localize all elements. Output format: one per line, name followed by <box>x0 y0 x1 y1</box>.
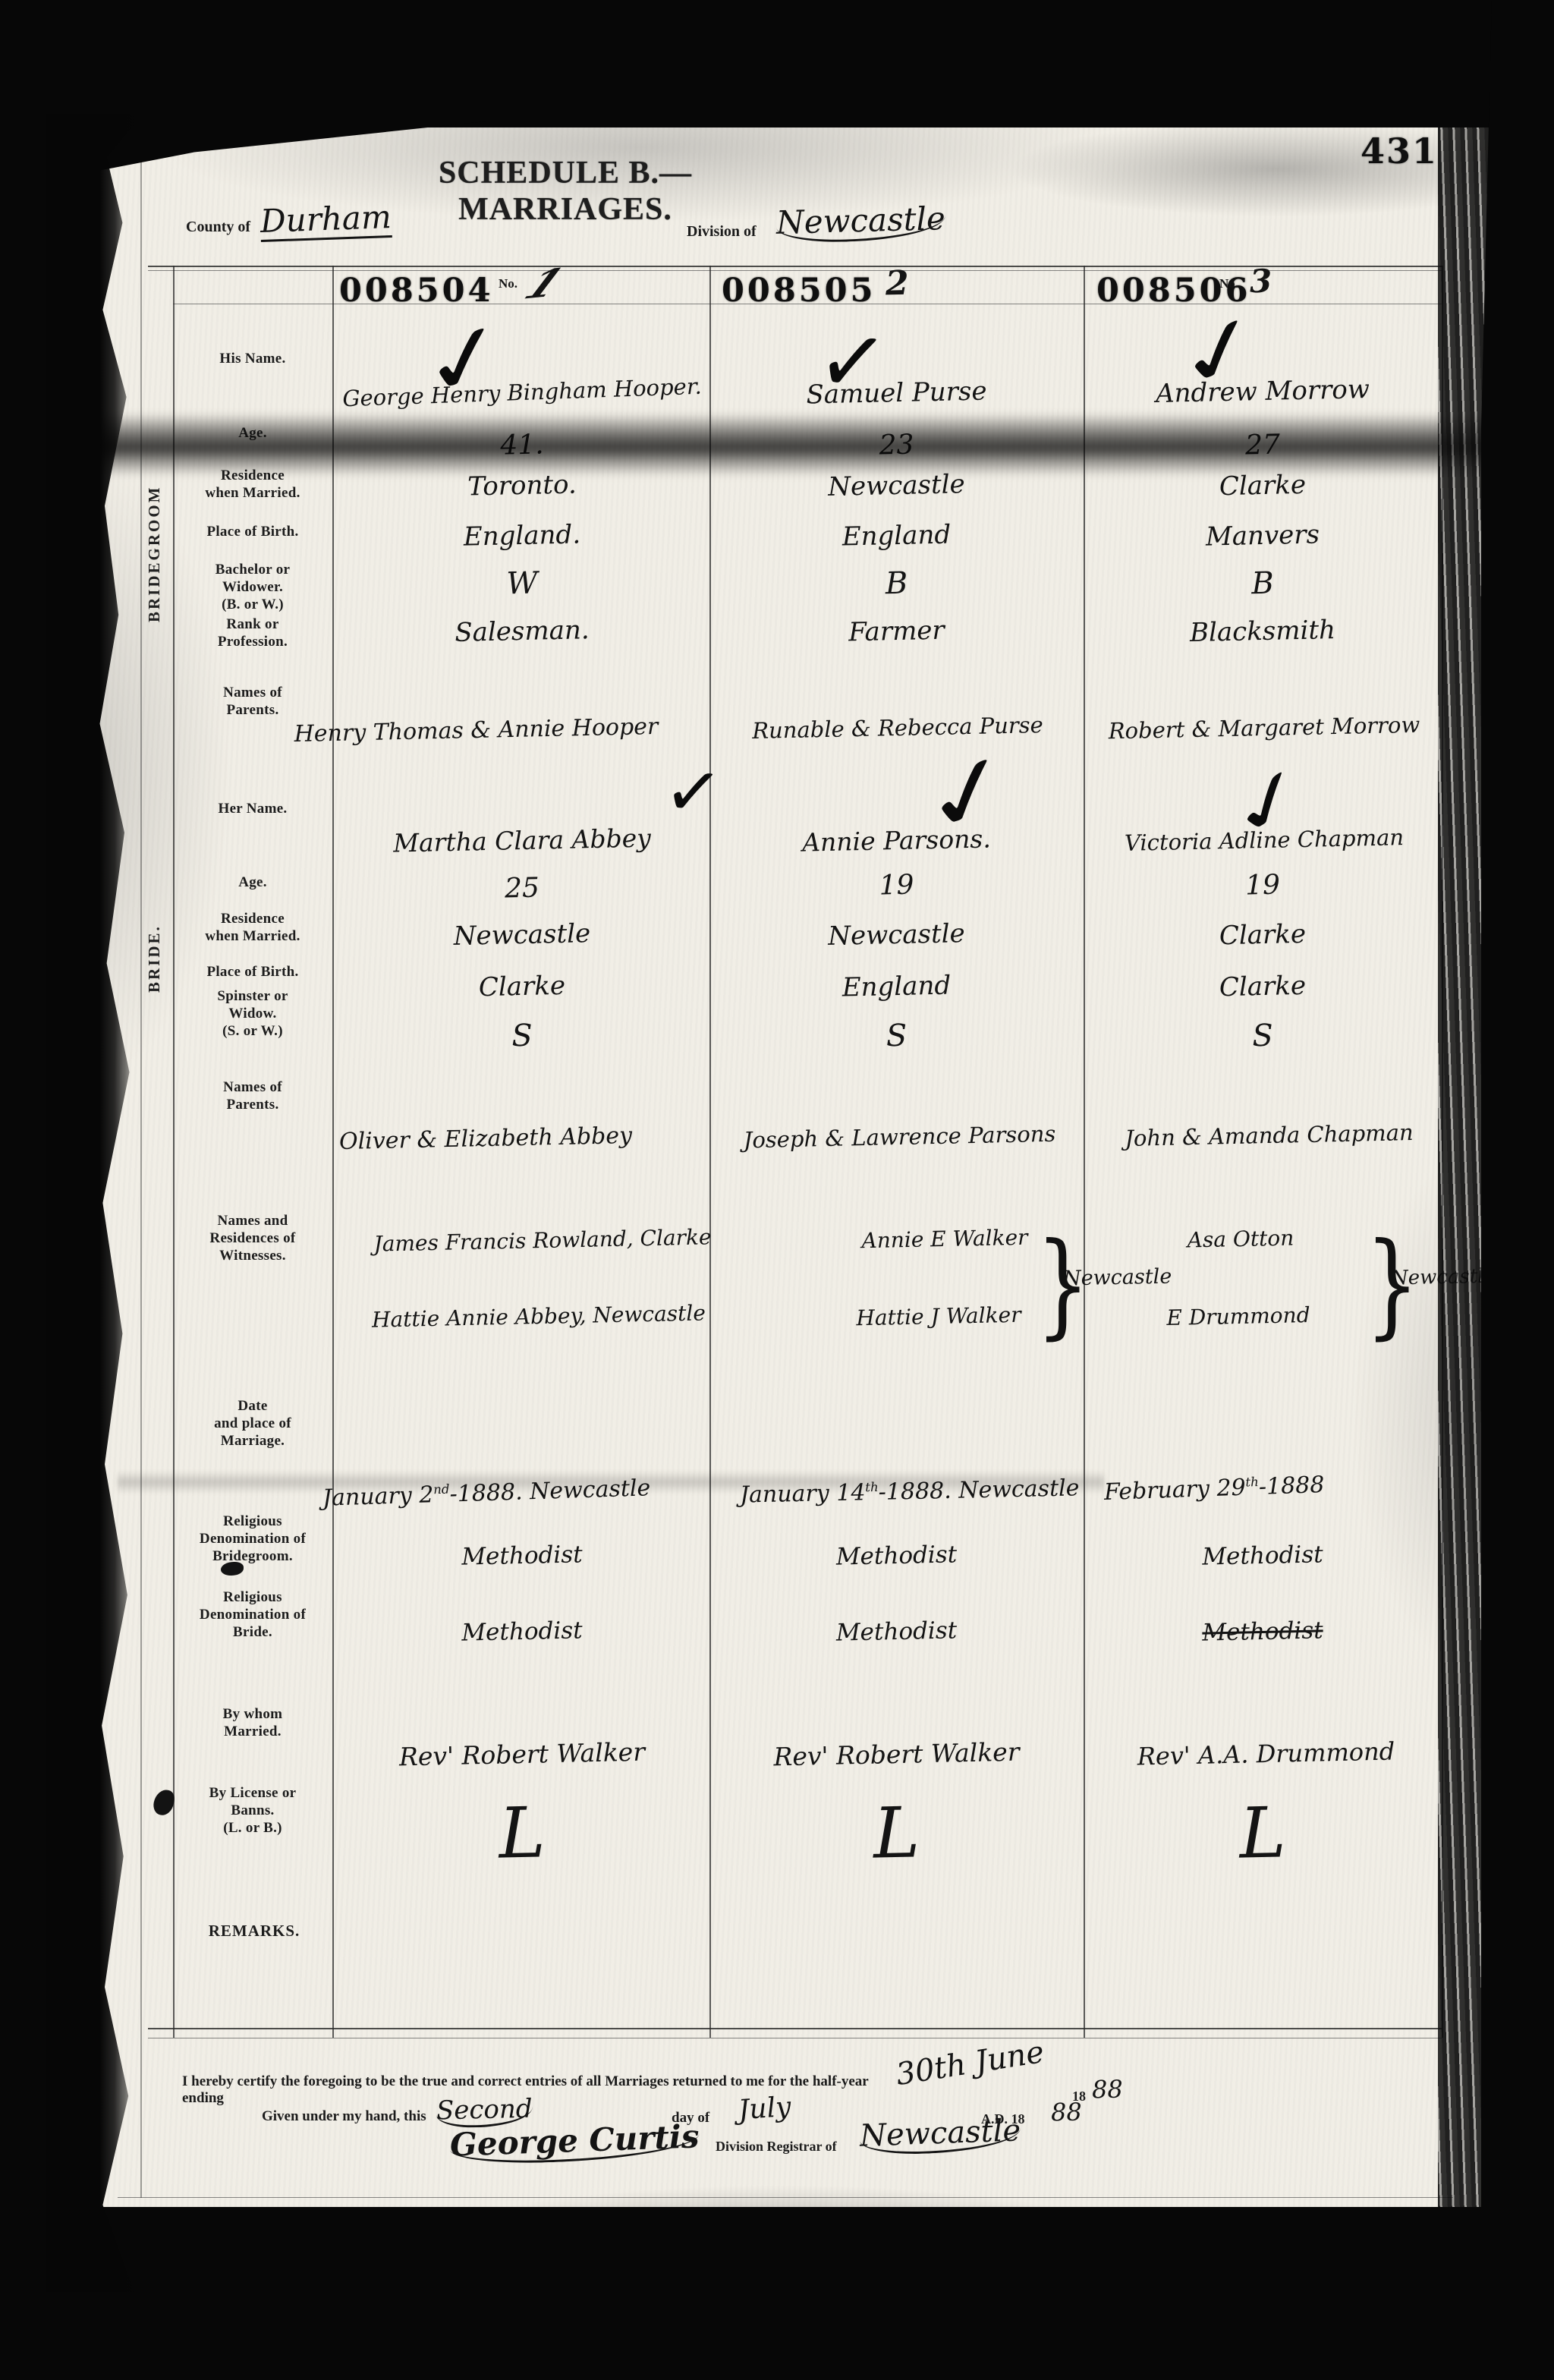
label-license: By License or Banns. (L. or B.) <box>177 1785 329 1837</box>
his-birth-2: England <box>713 517 1081 555</box>
scan-border-bottom <box>0 2207 1554 2380</box>
grid-col1 <box>709 266 711 2038</box>
entry-number-2: 2 <box>885 264 909 304</box>
footer-rule <box>118 2197 1453 2198</box>
profession-2: Farmer <box>713 612 1081 650</box>
certification-halfyear: 30th June <box>894 2035 1046 2092</box>
denom-groom-1: Methodist <box>336 1538 709 1573</box>
his-residence-1: Toronto. <box>336 467 709 505</box>
her-residence-2: Newcastle <box>713 916 1081 954</box>
label-her-age: Age. <box>177 874 329 892</box>
his-birth-1: England. <box>336 517 709 555</box>
registrar-place: Newcastle <box>859 2113 1021 2155</box>
her-residence-1: Newcastle <box>336 916 709 954</box>
bw-1: W <box>336 562 709 605</box>
his-parents-2: Runable & Rebecca Purse <box>712 711 1084 745</box>
paper-fold-line <box>140 141 142 2198</box>
marriage-date-1: January 2nd-1888. Newcastle <box>322 1475 651 1512</box>
license-1: L <box>335 1789 709 1878</box>
date-rest: -1888. Newcastle <box>449 1475 651 1507</box>
his-residence-3: Clarke <box>1087 467 1439 505</box>
his-residence-2: Newcastle <box>713 467 1081 505</box>
date-day: January 2 <box>322 1481 434 1512</box>
date-day: January 14 <box>740 1479 866 1508</box>
her-birth-2: England <box>713 968 1081 1006</box>
label-by-whom: By whom Married. <box>177 1706 329 1741</box>
sw-2: S <box>713 1015 1081 1057</box>
label-his-birth: Place of Birth. <box>177 524 329 541</box>
label-his-parents: Names of Parents. <box>177 685 329 719</box>
witness1-1: James Francis Rowland, Clarke <box>296 1223 790 1258</box>
her-residence-3: Clarke <box>1087 916 1439 954</box>
division-label: Division of <box>687 223 757 241</box>
check-mark-4: ✓ <box>660 754 725 830</box>
profession-1: Salesman. <box>336 612 709 650</box>
married-by-3: Rev' A.A. Drummond <box>1086 1736 1447 1772</box>
denom-bride-3: Methodist <box>1087 1614 1439 1649</box>
division-value: Newcastle <box>775 200 945 244</box>
her-name-1: Martha Clara Abbey <box>336 822 709 859</box>
reg-no-label-1: No. <box>499 276 517 291</box>
his-age-3: 27 <box>1087 426 1439 464</box>
paper-sheet: SCHEDULE B.—MARRIAGES. 431 County of Dur… <box>72 126 1490 2271</box>
check-mark-2: ✓ <box>812 313 892 412</box>
label-denom-groom: Religious Denomination of Bridegroom. <box>177 1513 329 1565</box>
denom-groom-2: Methodist <box>713 1538 1081 1573</box>
entry-number-3: 3 <box>1249 263 1272 301</box>
scan-border-right <box>1481 0 1554 2380</box>
her-parents-2: Joseph & Lawrence Parsons <box>712 1120 1088 1154</box>
date-rest: -1888 <box>1258 1472 1325 1500</box>
label-her-parents: Names of Parents. <box>177 1079 329 1114</box>
scan-border-left <box>0 0 47 2380</box>
his-name-2: Samuel Purse <box>713 374 1081 412</box>
brace-icon-2: } <box>1036 1219 1090 1351</box>
registrar-label: Division Registrar of <box>716 2139 837 2155</box>
label-his-residence: Residence when Married. <box>177 467 329 502</box>
her-age-3: 19 <box>1087 866 1439 905</box>
marriage-date-2: January 14th-1888. Newcastle <box>740 1475 1080 1508</box>
denom-groom-3: Methodist <box>1087 1538 1439 1573</box>
her-parents-1: Oliver & Elizabeth Abbey <box>258 1121 714 1157</box>
witness2-1: Hattie Annie Abbey, Newcastle <box>300 1299 779 1333</box>
table-top-rule-2 <box>148 270 1442 271</box>
label-his-name: His Name. <box>177 351 329 368</box>
certification-line2a: Given under my hand, this <box>262 2108 426 2125</box>
date-rest: -1888. Newcastle <box>878 1475 1079 1506</box>
his-age-2: 23 <box>713 426 1081 464</box>
label-rank: Rank or Profession. <box>177 616 329 651</box>
label-her-birth: Place of Birth. <box>177 964 329 981</box>
bw-2: B <box>713 562 1081 605</box>
license-3: L <box>1087 1789 1439 1878</box>
page-title: SCHEDULE B.—MARRIAGES. <box>376 155 755 228</box>
table-bottom-rule <box>148 2028 1442 2029</box>
his-parents-3: Robert & Margaret Morrow <box>1086 711 1443 745</box>
label-spinster: Spinster or Widow. (S. or W.) <box>177 988 329 1040</box>
sw-3: S <box>1087 1015 1439 1057</box>
county-label: County of <box>186 219 250 236</box>
label-remarks: REMARKS. <box>178 1922 330 1941</box>
her-age-1: 25 <box>336 869 709 908</box>
married-by-1: Rev' Robert Walker <box>336 1736 709 1773</box>
profession-3: Blacksmith <box>1087 612 1439 650</box>
grid-left <box>173 266 175 2038</box>
reg-number-2: 008505 <box>722 272 876 310</box>
date-ordinal: th <box>865 1480 879 1494</box>
her-age-2: 19 <box>713 866 1081 905</box>
scan-border-top <box>0 0 1554 127</box>
her-birth-3: Clarke <box>1087 968 1439 1006</box>
label-date: Date and place of Marriage. <box>177 1398 329 1450</box>
county-value: Durham <box>260 198 392 242</box>
grid-col2 <box>1084 266 1085 2038</box>
his-birth-3: Manvers <box>1087 517 1439 555</box>
label-his-age: Age. <box>177 425 329 442</box>
side-label-bridegroom: BRIDEGROOM <box>145 421 168 687</box>
brace-icon-3: } <box>1365 1219 1420 1351</box>
table-bottom-rule-2 <box>148 2038 1442 2038</box>
witness1-3: Asa Otton <box>1165 1225 1317 1253</box>
married-by-2: Rev' Robert Walker <box>713 1736 1081 1773</box>
side-label-bride: BRIDE. <box>145 902 168 1015</box>
page-number: 431 <box>1361 131 1438 172</box>
date-ordinal: th <box>1245 1475 1259 1490</box>
scanned-register-page: SCHEDULE B.—MARRIAGES. 431 County of Dur… <box>0 0 1554 2380</box>
certification-month-hand: July <box>738 2092 792 2127</box>
marriage-date-3: February 29th-1888 <box>1103 1472 1324 1506</box>
certification-day-hand: Second <box>436 2094 533 2129</box>
witness2-2: Hattie J Walker <box>802 1301 1076 1332</box>
sw-1: S <box>336 1015 709 1057</box>
his-age-1: 41. <box>336 426 709 464</box>
date-day: February 29 <box>1103 1475 1246 1506</box>
ink-blot <box>221 1562 244 1576</box>
her-parents-3: John & Amanda Chapman <box>1089 1119 1450 1152</box>
her-birth-1: Clarke <box>336 968 709 1006</box>
label-her-residence: Residence when Married. <box>177 911 329 946</box>
reg-no-label-3: No. <box>1219 276 1238 291</box>
license-2: L <box>713 1789 1081 1878</box>
bw-3: B <box>1087 562 1439 605</box>
label-bachelor: Bachelor or Widower. (B. or W.) <box>177 562 329 613</box>
date-ordinal: nd <box>433 1482 450 1497</box>
his-name-1: George Henry Bingham Hooper. <box>336 373 709 411</box>
registrar-signature: George Curtis <box>449 2117 700 2165</box>
label-her-name: Her Name. <box>177 801 329 818</box>
denom-bride-1: Methodist <box>336 1614 709 1649</box>
certification-ad-year-hand: 88 <box>1051 2098 1083 2127</box>
denom-bride-2: Methodist <box>713 1614 1081 1649</box>
label-denom-bride: Religious Denomination of Bride. <box>177 1589 329 1641</box>
witness2-3: E Drummond <box>1143 1302 1334 1330</box>
certification-year-hand: 88 <box>1092 2075 1124 2105</box>
table-top-rule <box>148 266 1442 267</box>
